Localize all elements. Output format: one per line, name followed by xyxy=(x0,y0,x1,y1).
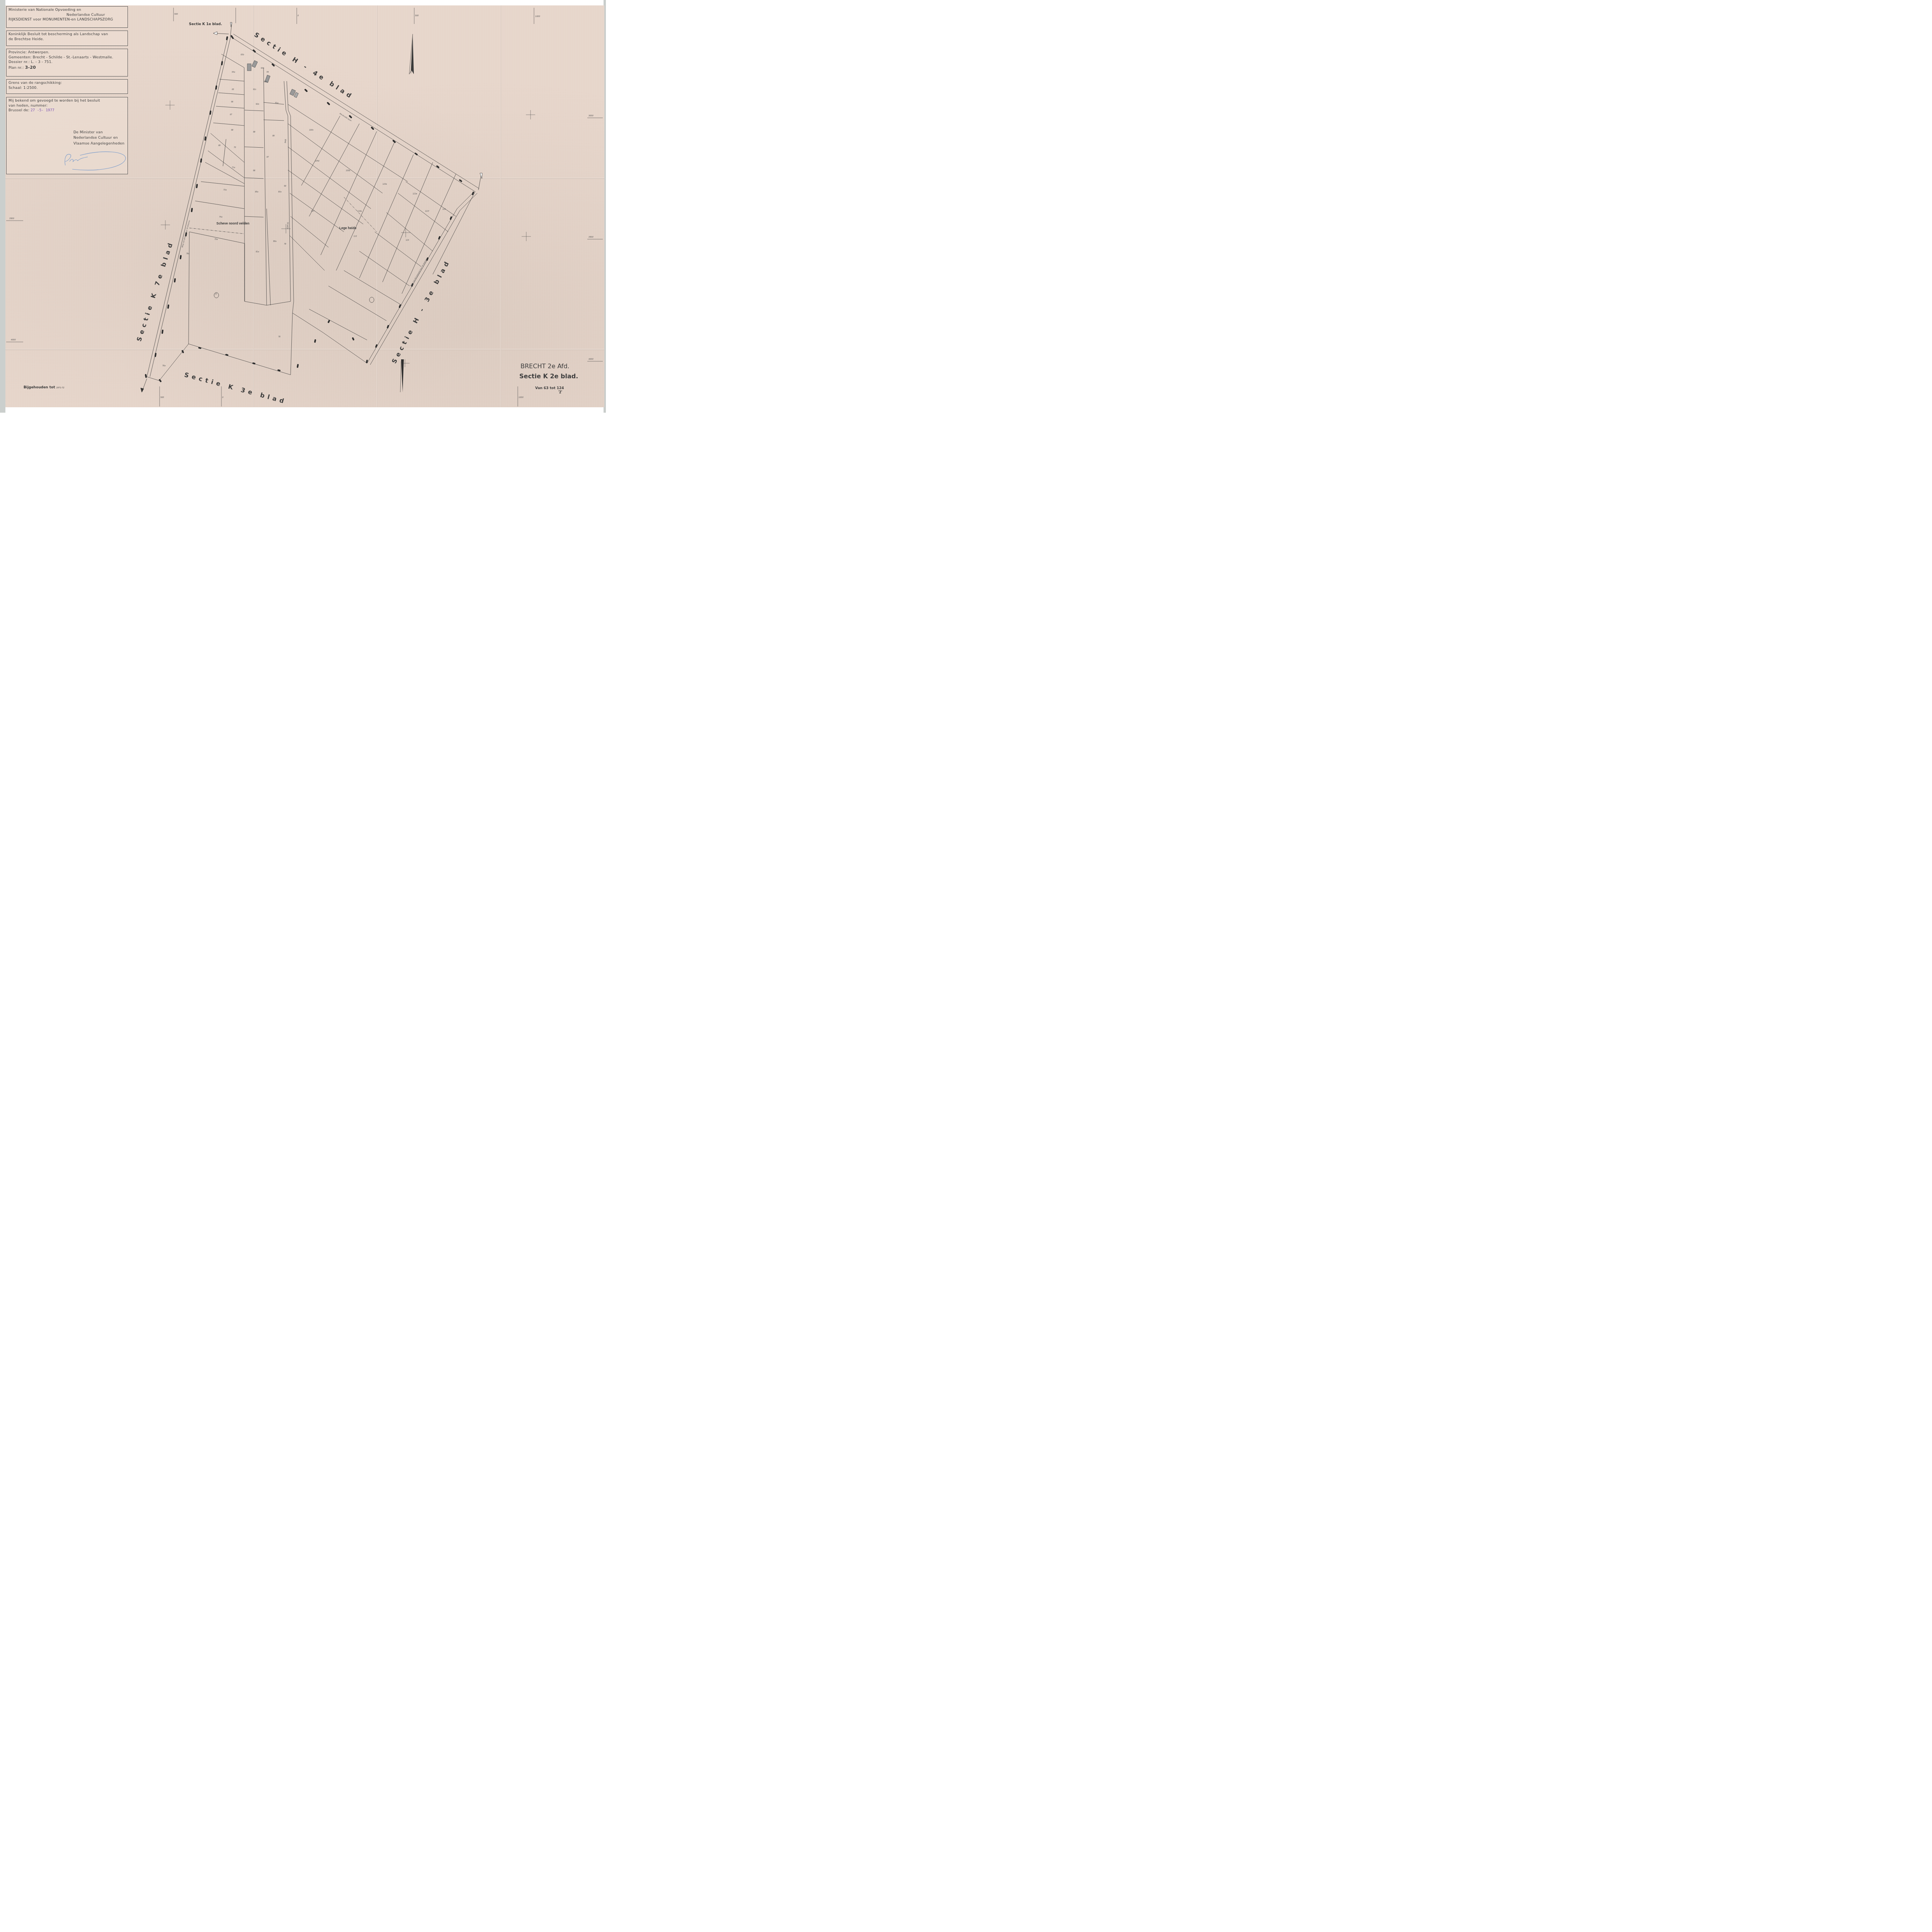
sheet-subtitle: Sectie K 2e blad. xyxy=(519,372,578,380)
parcel-label: 64a xyxy=(232,71,235,73)
parcel-label: 104d xyxy=(315,160,319,162)
parcel-label: 78 xyxy=(278,336,281,338)
parcel-label: 100n xyxy=(309,129,313,131)
place-name-scheve-noord-velden: Scheve noord velden xyxy=(216,221,250,225)
parcel-label: 86 xyxy=(253,170,255,172)
north-arrow-icon xyxy=(409,34,414,74)
maintained-label: Bijgehouden tot 1971-72 xyxy=(24,386,65,389)
maintained-text: Bijgehouden tot xyxy=(24,386,55,389)
road-label-straatje: Straatje xyxy=(286,222,288,229)
parcel-label: 71a xyxy=(232,167,235,169)
parcel-label: 94 xyxy=(267,71,269,73)
grid-label-right: 3500 xyxy=(588,236,594,238)
parcel-label: 68 xyxy=(231,129,233,131)
grid-label-bottom: 0 xyxy=(222,396,223,399)
parcel-label: 69 xyxy=(218,145,221,147)
grid-label-bottom: 1000 xyxy=(519,396,524,399)
parcel-label: 67 xyxy=(230,114,232,116)
parcel-range-denominator: 2 xyxy=(558,391,562,394)
grid-label-right: 3000 xyxy=(588,115,594,117)
adjacent-sheet-north: Sectie K 1e blad. xyxy=(189,22,222,26)
grid-label-top: 500 xyxy=(174,13,178,15)
sheet-title: BRECHT 2e Afd. xyxy=(520,362,570,370)
parcel-label: 124 xyxy=(406,240,409,241)
maintained-year: 1971-72 xyxy=(56,387,65,389)
parcel-label: 89 xyxy=(272,135,275,137)
parcel-label: 92c xyxy=(253,89,256,91)
parcel-label: 121e xyxy=(413,193,417,195)
grid-label-bottom: 500 xyxy=(160,396,164,399)
parcel-label: 65 xyxy=(232,89,234,91)
parcel-label: 113 xyxy=(354,236,357,238)
grid-label-top: 500 xyxy=(415,15,419,17)
parcel-label: 90 xyxy=(284,185,286,187)
parcel-label: 66 xyxy=(231,101,233,103)
grid-label-left: 3500 xyxy=(9,218,14,220)
parcel-label: 77 xyxy=(215,294,217,296)
parcel-label: 91a xyxy=(275,102,278,104)
parcel-label: 87 xyxy=(267,156,269,158)
parcel-label: 74a xyxy=(219,216,222,218)
parcel-label: 80a xyxy=(273,241,276,243)
parcel-label: 120a xyxy=(383,184,387,185)
grid-label-left: 4000 xyxy=(11,339,16,341)
grid-label-top: 0 xyxy=(298,15,299,17)
parcel-label: 63b xyxy=(241,54,244,56)
parcel-label: 122 xyxy=(442,209,446,211)
parcel-label: 116a xyxy=(357,211,362,213)
parcel-label: 95h xyxy=(264,81,267,83)
parcel-label: 121f xyxy=(425,211,429,213)
parcel-label: 76c xyxy=(186,253,189,255)
parcel-label: 79 xyxy=(284,243,286,245)
grid-label-right: 4000 xyxy=(588,358,594,361)
parcel-label: 75a xyxy=(214,239,218,241)
parcel-label: 88 xyxy=(253,131,255,133)
north-arrow-icon xyxy=(400,359,404,392)
grid-label-top: 1000 xyxy=(535,15,540,18)
parcel-label: 92b xyxy=(256,104,259,105)
road-label-weg: Weg xyxy=(284,139,286,143)
parcel-label: 107 xyxy=(311,211,315,213)
parcel-label: 85a xyxy=(255,191,258,193)
parcel-label: 83a xyxy=(278,191,281,193)
place-name-lege-heide: Lege heide xyxy=(339,226,356,230)
parcel-label: 81a xyxy=(256,251,259,253)
parcel-label: 73a xyxy=(223,189,226,191)
parcel-label: 93h xyxy=(261,68,264,70)
parcel-label: 70 xyxy=(234,147,236,149)
parcel-range: Van 63 tot 124 xyxy=(535,386,564,390)
parcel-label: 76a xyxy=(162,365,165,367)
parcel-label: 105b xyxy=(346,170,350,172)
